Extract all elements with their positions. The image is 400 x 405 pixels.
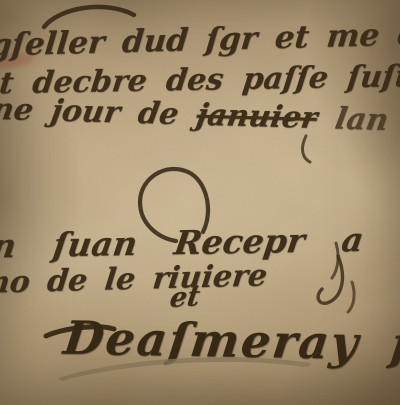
et-abbreviation-mark: et — [168, 281, 202, 314]
line-3-struck-word: januier — [194, 98, 320, 136]
line-3-pre: ne jour de — [0, 92, 200, 133]
manuscript-line-5: no de le riuiere — [0, 258, 269, 300]
manuscript-photo: gſeller dud ſgr et me eſorde en it decbr… — [0, 0, 400, 405]
manuscript-line-4: n ſuan Recepr a magr — [0, 218, 400, 266]
signature-text: Deaſmeray ſn — [61, 311, 400, 372]
